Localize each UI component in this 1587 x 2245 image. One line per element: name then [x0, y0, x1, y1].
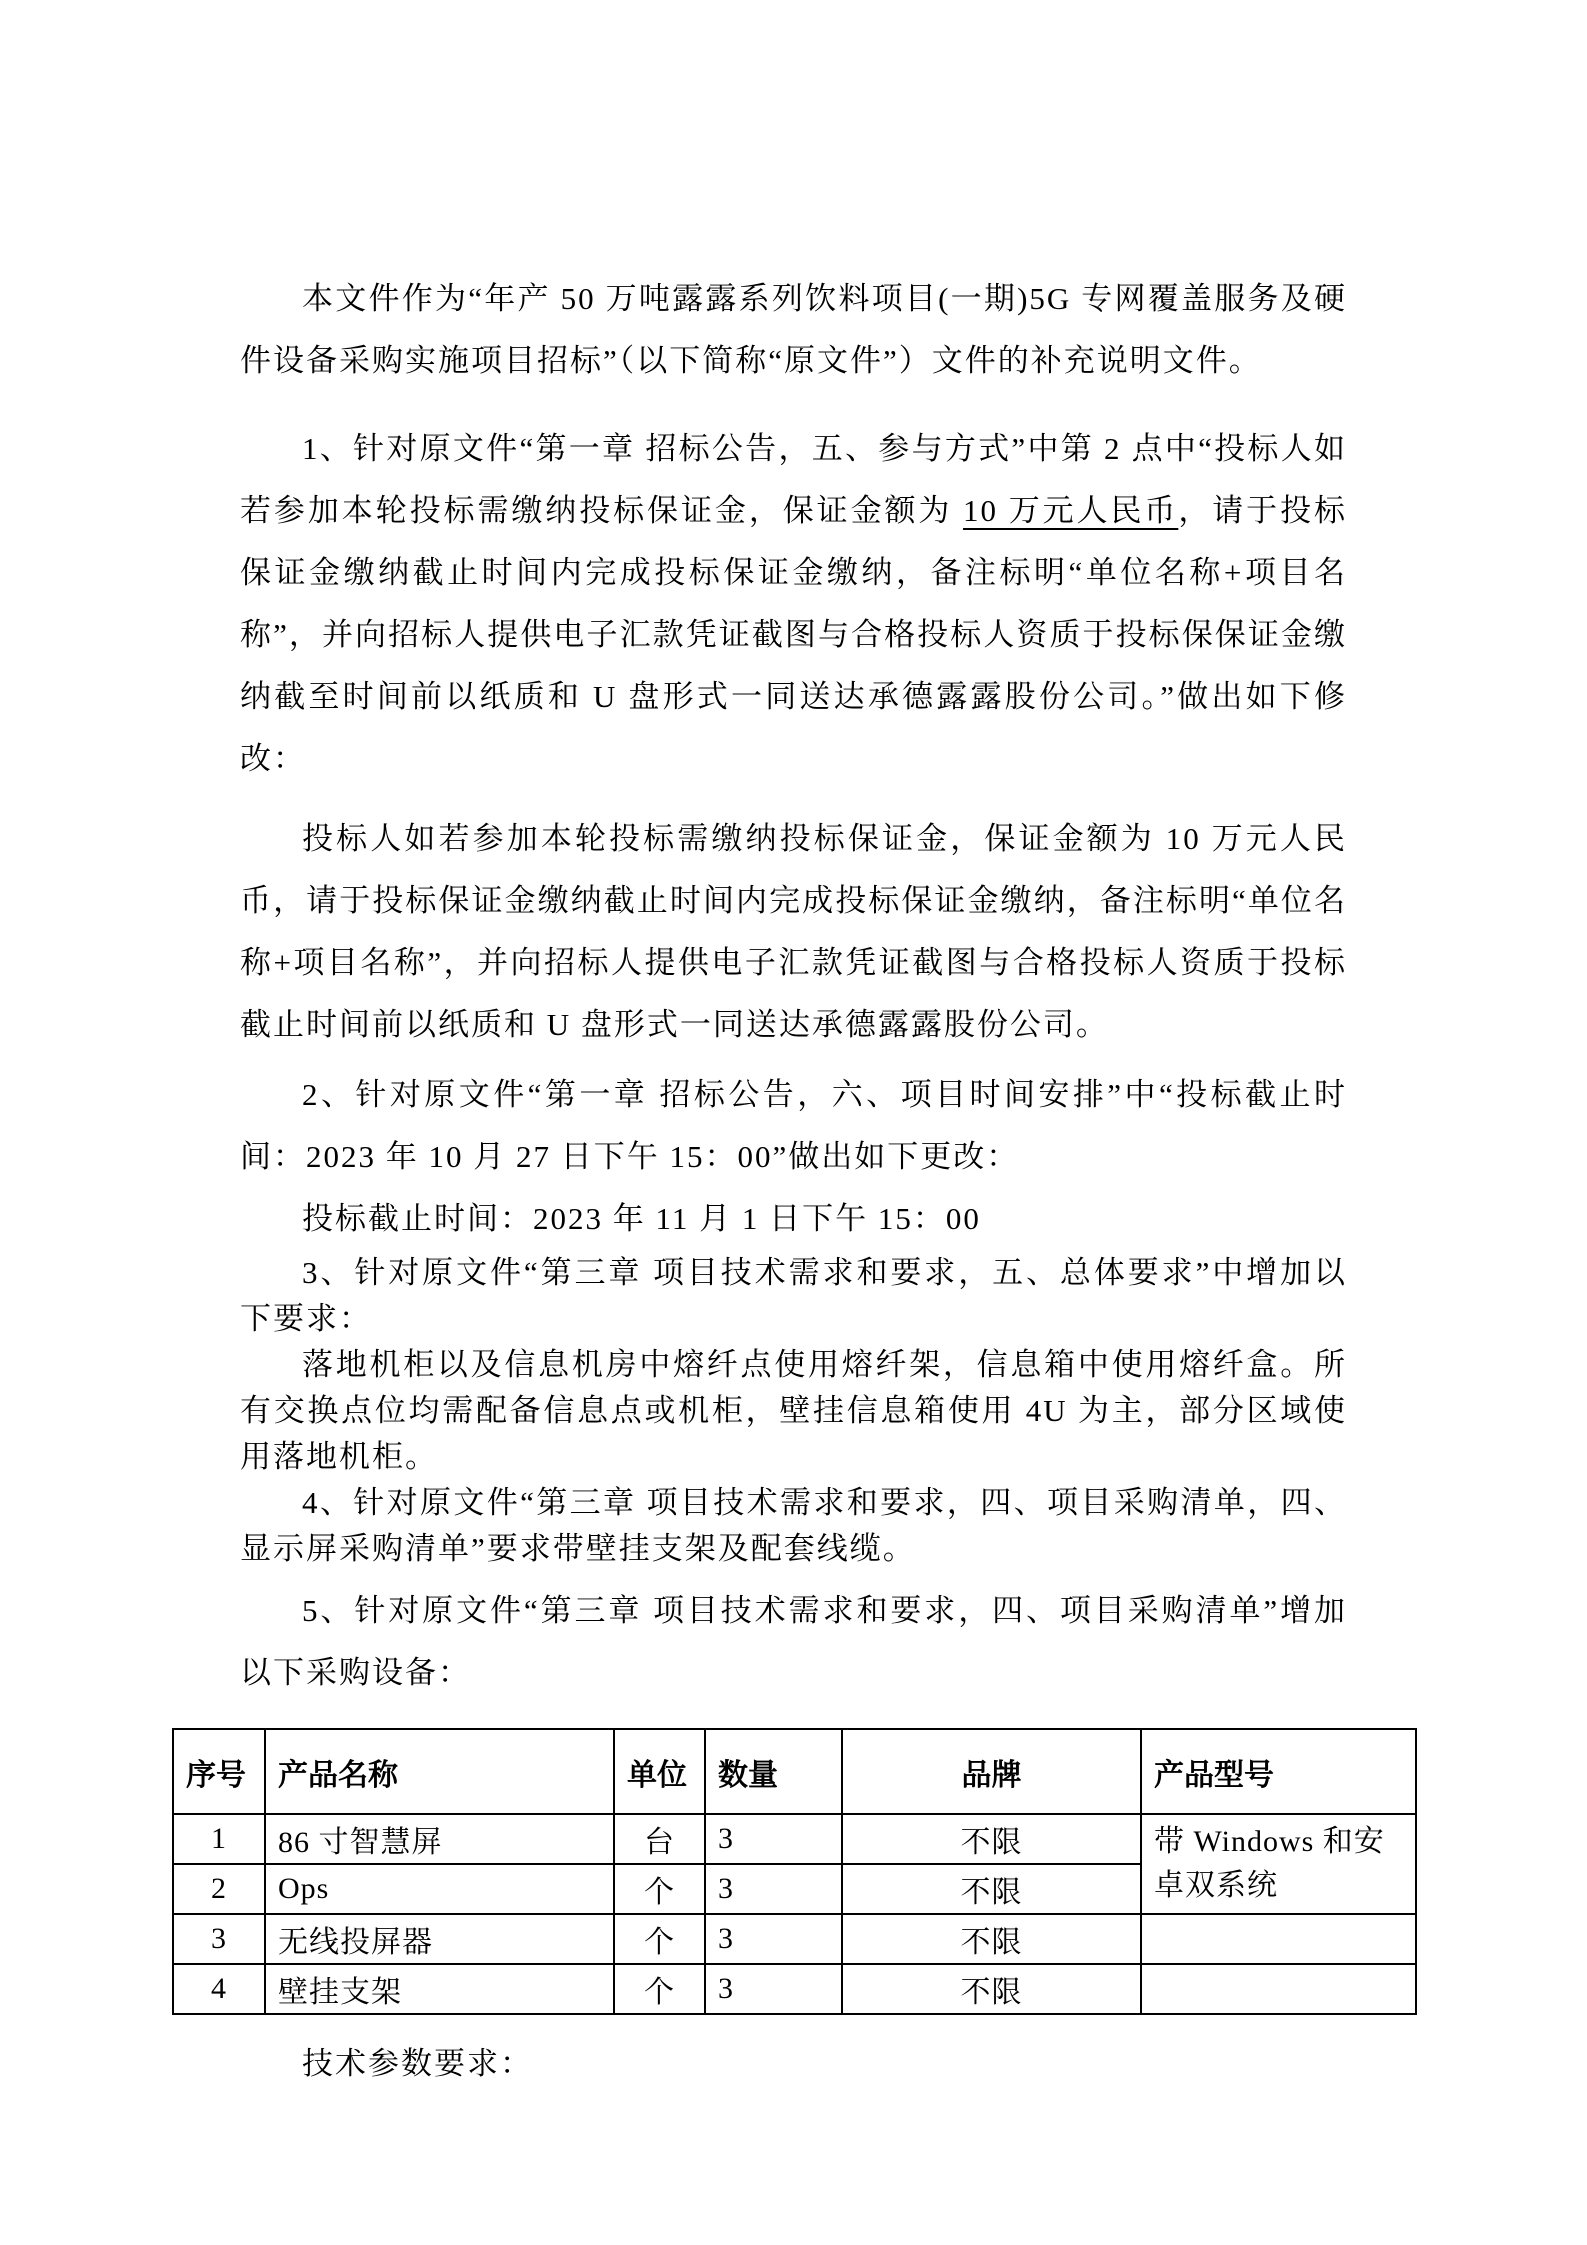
- header-product-name: 产品名称: [265, 1729, 614, 1814]
- intro-paragraph: 本文件作为“年产 50 万吨露露系列饮料项目(一期)5G 专网覆盖服务及硬件设备…: [240, 268, 1347, 392]
- header-quantity: 数量: [705, 1729, 842, 1814]
- cell-product-name: 无线投屏器: [265, 1914, 614, 1964]
- tech-params-line: 技术参数要求：: [240, 2041, 1347, 2087]
- cell-product-name: 壁挂支架: [265, 1964, 614, 2014]
- cell-unit: 个: [614, 1914, 705, 1964]
- cell-serial-no: 4: [173, 1964, 265, 2014]
- cell-brand: 不限: [842, 1914, 1141, 1964]
- cell-unit: 台: [614, 1814, 705, 1864]
- cell-serial-no: 2: [173, 1864, 265, 1914]
- revised-clause-paragraph: 投标人如若参加本轮投标需缴纳投标保证金，保证金额为 10 万元人民币，请于投标保…: [240, 808, 1347, 1056]
- point-3-requirement: 落地机柜以及信息机房中熔纤点使用熔纤架，信息箱中使用熔纤盒。所有交换点位均需配备…: [240, 1342, 1347, 1480]
- table-row: 186 寸智慧屏台3不限带 Windows 和安卓双系统: [173, 1814, 1416, 1864]
- new-deadline-line: 投标截止时间：2023 年 11 月 1 日下午 15：00: [240, 1188, 1347, 1250]
- cell-quantity: 3: [705, 1964, 842, 2014]
- header-serial-no: 序号: [173, 1729, 265, 1814]
- cell-product-model: [1141, 1964, 1416, 2014]
- point-1-paragraph: 1、针对原文件“第一章 招标公告，五、参与方式”中第 2 点中“投标人如若参加本…: [240, 418, 1347, 790]
- cell-brand: 不限: [842, 1814, 1141, 1864]
- cell-product-name: Ops: [265, 1864, 614, 1914]
- point-5-paragraph: 5、针对原文件“第三章 项目技术需求和要求，四、项目采购清单”增加以下采购设备：: [240, 1580, 1347, 1704]
- cell-serial-no: 1: [173, 1814, 265, 1864]
- cell-brand: 不限: [842, 1964, 1141, 2014]
- cell-unit: 个: [614, 1964, 705, 2014]
- header-product-model: 产品型号: [1141, 1729, 1416, 1814]
- header-unit: 单位: [614, 1729, 705, 1814]
- document-page: 本文件作为“年产 50 万吨露露系列饮料项目(一期)5G 专网覆盖服务及硬件设备…: [0, 0, 1587, 2245]
- table-row: 4壁挂支架个3不限: [173, 1964, 1416, 2014]
- document-body: 本文件作为“年产 50 万吨露露系列饮料项目(一期)5G 专网覆盖服务及硬件设备…: [0, 0, 1587, 2087]
- header-brand: 品牌: [842, 1729, 1141, 1814]
- table-row: 3无线投屏器个3不限: [173, 1914, 1416, 1964]
- point-4-paragraph: 4、针对原文件“第三章 项目技术需求和要求，四、项目采购清单，四、显示屏采购清单…: [240, 1480, 1347, 1572]
- cell-brand: 不限: [842, 1864, 1141, 1914]
- table-header-row: 序号 产品名称 单位 数量 品牌 产品型号: [173, 1729, 1416, 1814]
- point-1-text-after: ，请于投标保证金缴纳截止时间内完成投标保证金缴纳，备注标明“单位名称+项目名称”…: [240, 493, 1347, 776]
- cell-product-model: 带 Windows 和安卓双系统: [1141, 1814, 1416, 1914]
- cell-quantity: 3: [705, 1814, 842, 1864]
- point-2-paragraph: 2、针对原文件“第一章 招标公告，六、项目时间安排”中“投标截止时间：2023 …: [240, 1064, 1347, 1188]
- procurement-table-body: 186 寸智慧屏台3不限带 Windows 和安卓双系统2Ops个3不限3无线投…: [173, 1814, 1416, 2014]
- deposit-amount-underlined: 10 万元人民币: [963, 493, 1178, 528]
- cell-serial-no: 3: [173, 1914, 265, 1964]
- point-3-paragraph: 3、针对原文件“第三章 项目技术需求和要求，五、总体要求”中增加以下要求：: [240, 1250, 1347, 1342]
- cell-unit: 个: [614, 1864, 705, 1914]
- cell-product-name: 86 寸智慧屏: [265, 1814, 614, 1864]
- cell-quantity: 3: [705, 1864, 842, 1914]
- procurement-table: 序号 产品名称 单位 数量 品牌 产品型号 186 寸智慧屏台3不限带 Wind…: [172, 1728, 1417, 2015]
- cell-product-model: [1141, 1914, 1416, 1964]
- cell-quantity: 3: [705, 1914, 842, 1964]
